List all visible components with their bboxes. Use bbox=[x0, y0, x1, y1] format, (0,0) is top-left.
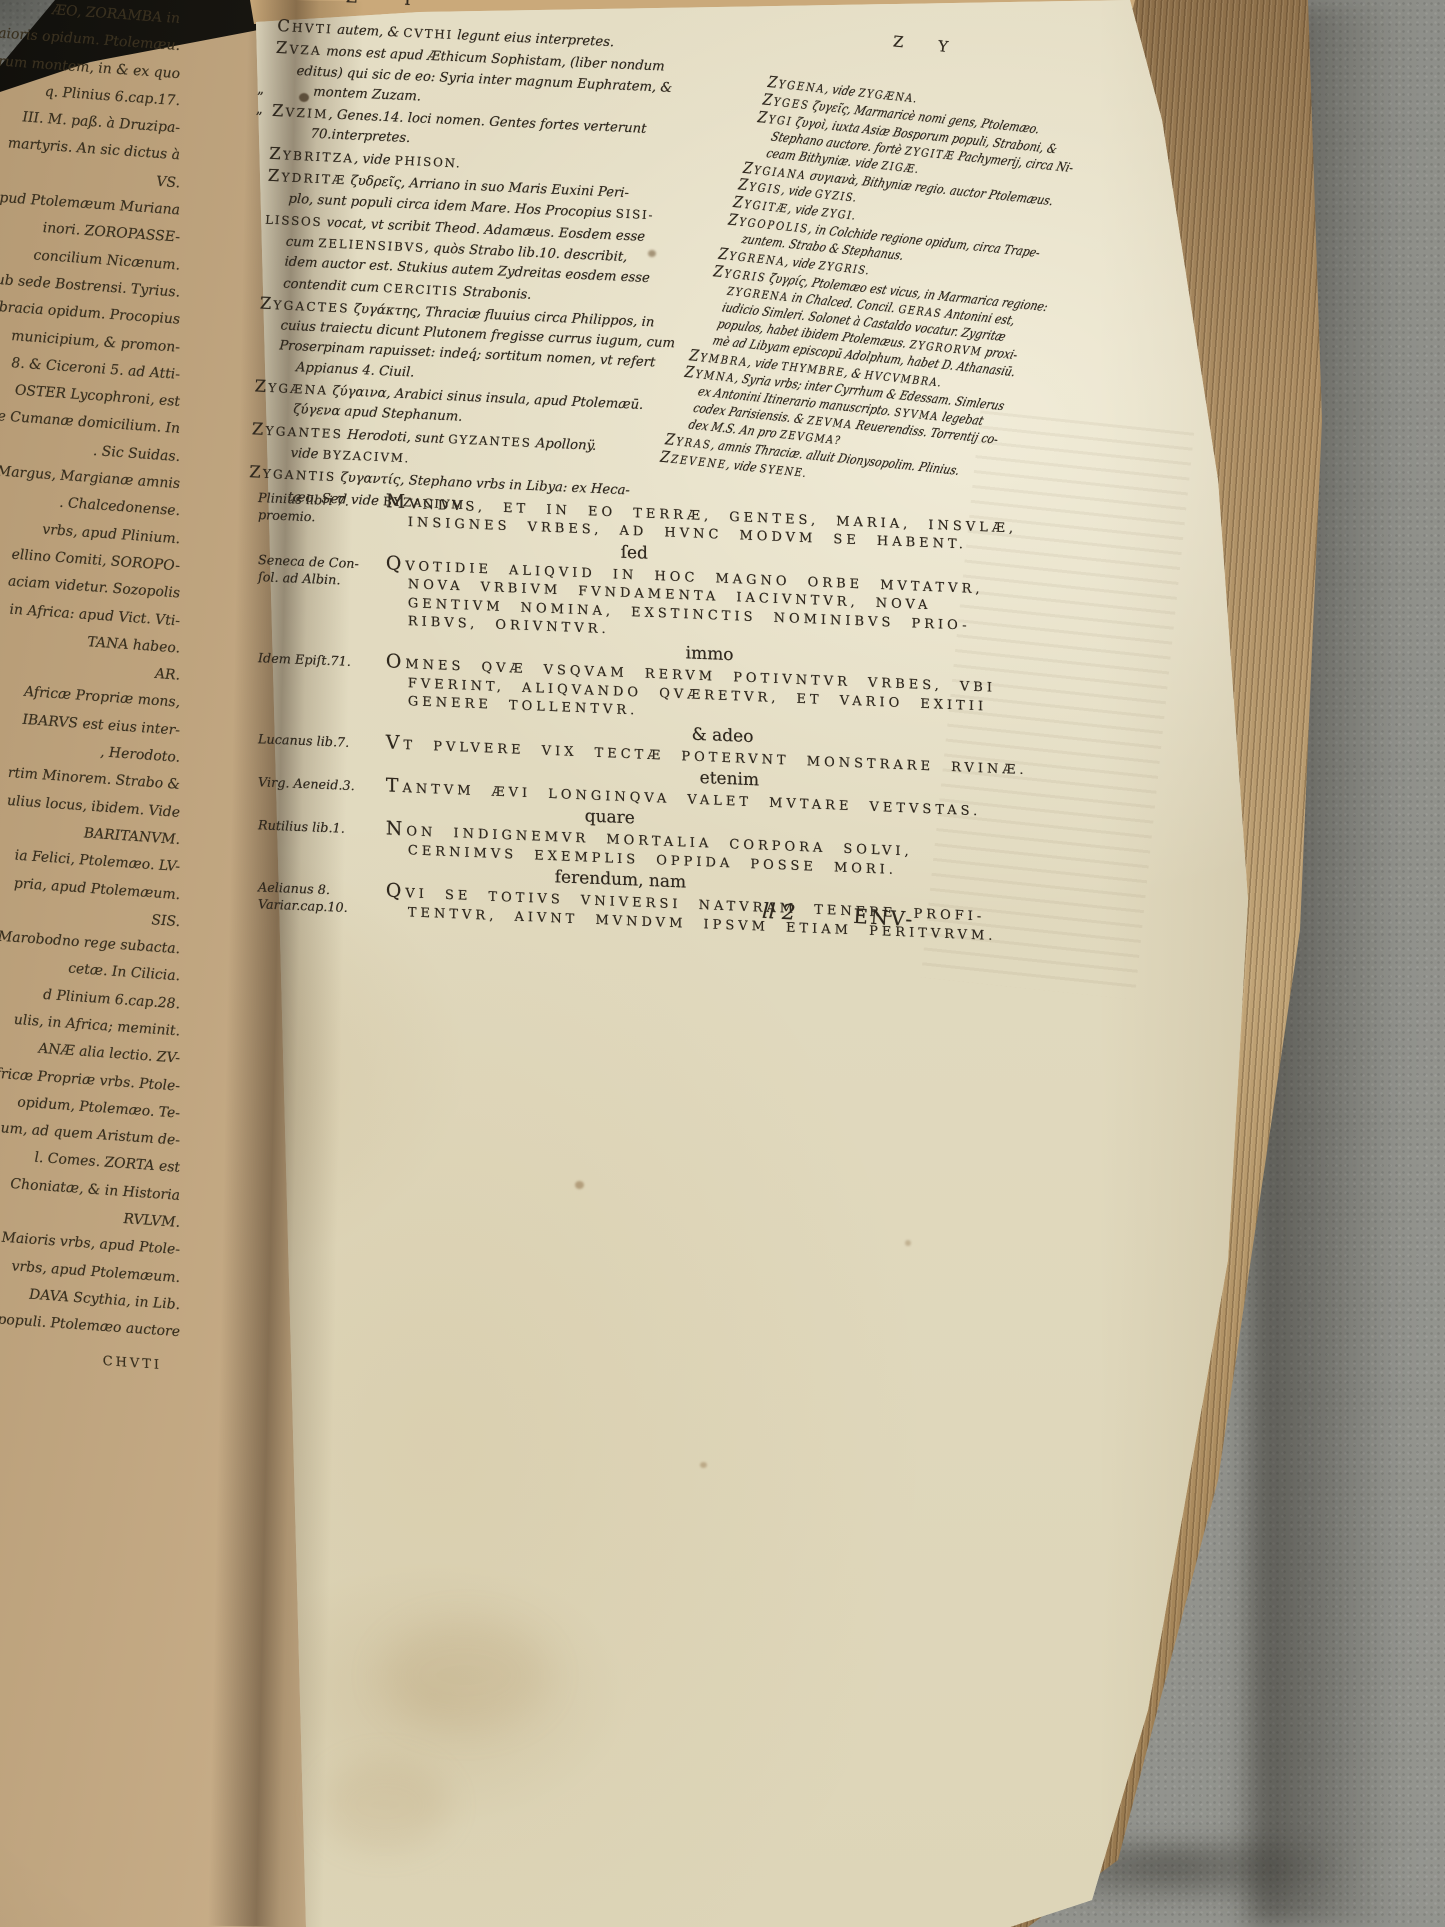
quotations-section: Plinius libri 7.proemio.MVNDVS, ET IN EO… bbox=[258, 488, 977, 945]
marginal-citation: Aelianus 8.Variar.cap.10. bbox=[258, 878, 386, 922]
marginal-citation: Virg. Aeneid.3. bbox=[258, 772, 386, 798]
marginal-citation: Lucanus lib.7. bbox=[258, 729, 386, 755]
left-page-text-fragment: AR. bbox=[155, 661, 180, 690]
left-page-text-fragment: SIS. bbox=[151, 907, 180, 936]
marginal-citation: Seneca de Con-ſol. ad Albin. bbox=[258, 550, 386, 631]
margin-quote-mark: „ bbox=[257, 80, 265, 101]
headword: ZYGANTES bbox=[252, 423, 344, 441]
left-page-catchword: CHVTI bbox=[103, 1347, 180, 1380]
marginal-citation: Plinius libri 7.proemio. bbox=[258, 488, 386, 532]
photo-of-open-book: { "colors":{"ink":"#2f281e","paper_main"… bbox=[0, 0, 1445, 1927]
citation-line: Lucanus lib.7. bbox=[258, 731, 386, 753]
left-page-text-fragment: VS. bbox=[156, 169, 180, 198]
headword: ZVZIM bbox=[272, 105, 330, 122]
left-page-text-fragment: TANA habeo. bbox=[87, 629, 180, 663]
foxing-spot bbox=[648, 250, 656, 257]
headword: ZYGI bbox=[755, 111, 794, 128]
foxing-spot bbox=[575, 1181, 584, 1189]
headword: ZYDRITÆ bbox=[267, 170, 346, 188]
citation-line: Rutilius lib.1. bbox=[258, 818, 386, 840]
foxing-spot bbox=[905, 1240, 911, 1246]
marginal-citation: Idem Epiſt.71. bbox=[258, 649, 386, 711]
headword: ZYGÆNA bbox=[254, 380, 329, 397]
left-page-text-column: ÆO, ZORAMBA inMaioris opidum. Ptolemæu.r… bbox=[0, 0, 180, 1380]
dictionary-left-column: CHVTI autem, & CVTHI legunt eius interpr… bbox=[247, 16, 637, 522]
headword: ZYGACTES bbox=[259, 297, 350, 315]
paper-stain bbox=[320, 1760, 450, 1850]
left-page-text-fragment: RVLVM. bbox=[123, 1206, 180, 1237]
foxing-spot bbox=[700, 1462, 707, 1468]
headword: ZYBRITZA bbox=[269, 148, 355, 166]
headword: CHVTI bbox=[277, 20, 334, 37]
headword: ZVZA bbox=[275, 42, 322, 58]
signature-mark: ll 2 bbox=[761, 899, 796, 925]
marginal-citation: Rutilius lib.1. bbox=[258, 816, 386, 860]
citation-line: Virg. Aeneid.3. bbox=[258, 774, 386, 796]
headword: ZYGANTIS bbox=[249, 466, 337, 484]
margin-quote-mark: „ bbox=[255, 100, 263, 121]
citation-line: Idem Epiſt.71. bbox=[258, 651, 386, 673]
paper-stain bbox=[380, 1620, 550, 1730]
catchword: ENV- bbox=[853, 904, 916, 931]
